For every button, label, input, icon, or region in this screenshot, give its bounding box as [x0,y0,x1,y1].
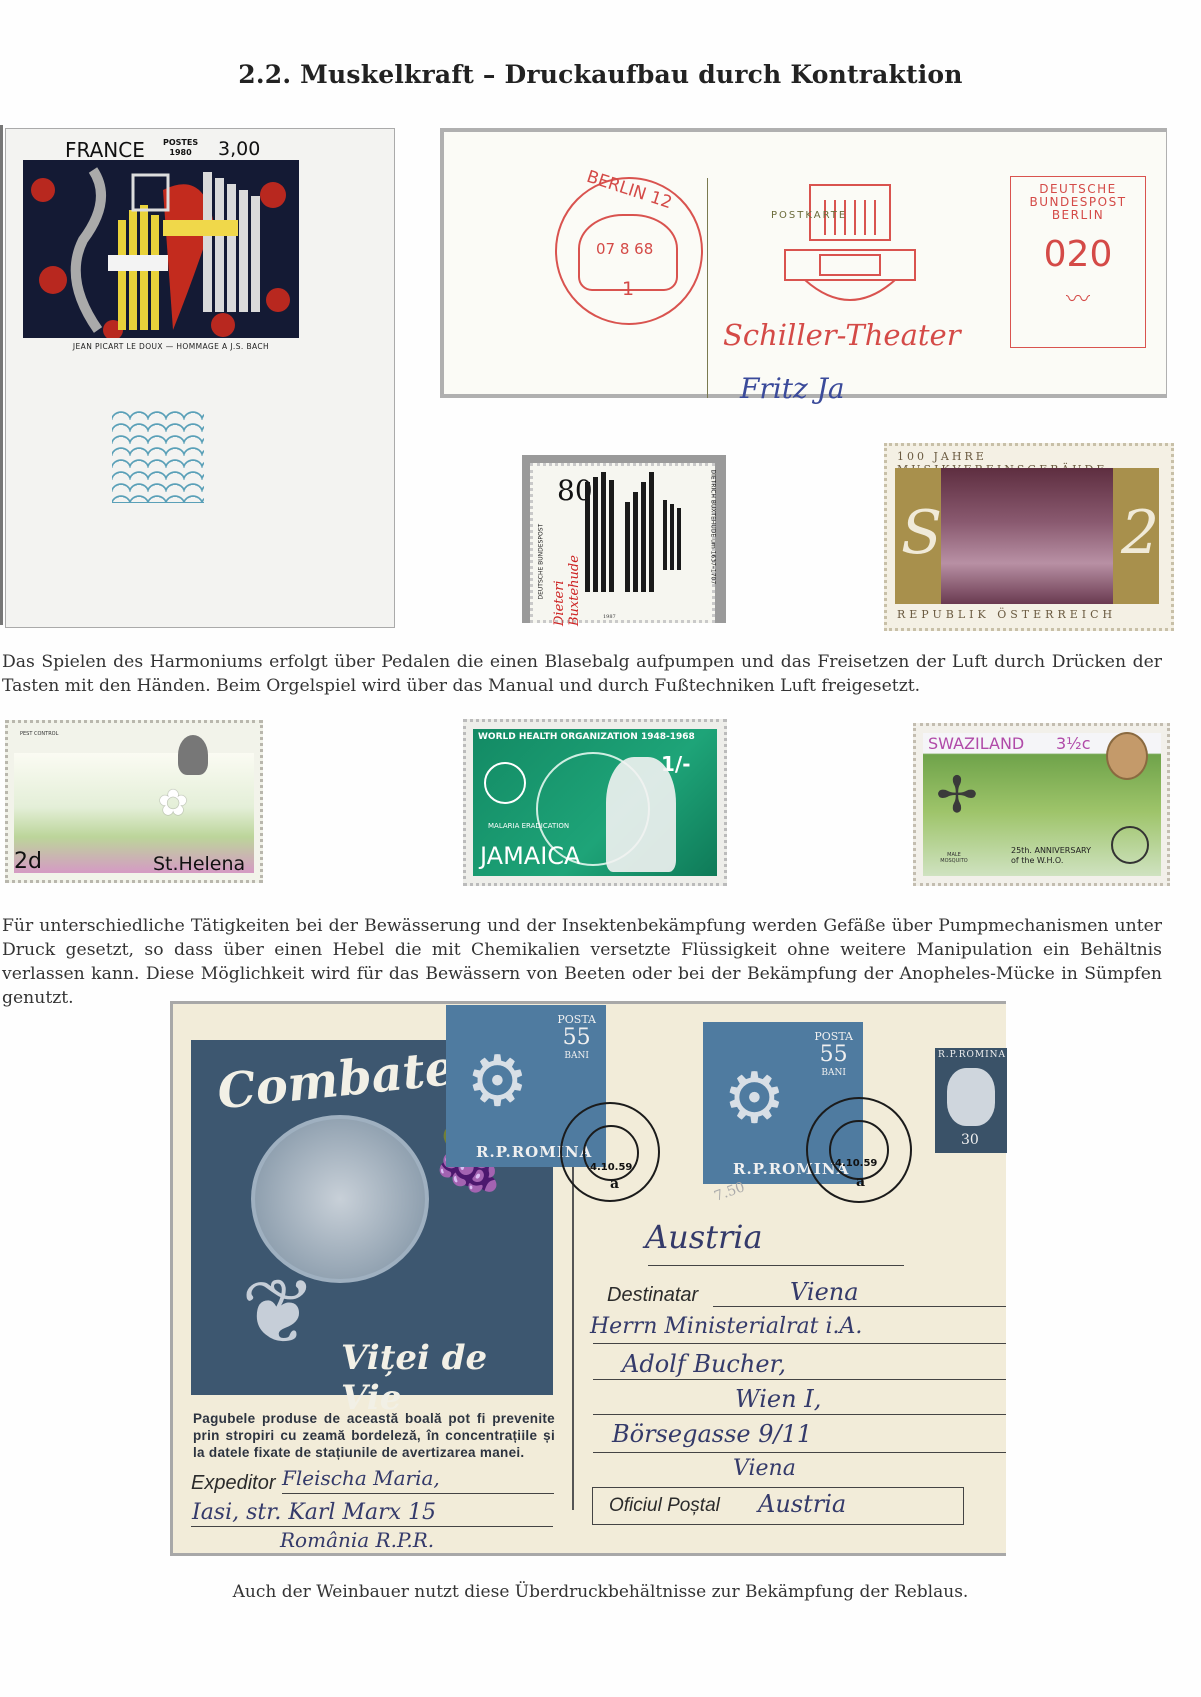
stamp-top-text: WORLD HEALTH ORGANIZATION 1948-1968 [478,732,695,742]
posthorn-icon: 〰 [1011,279,1145,314]
bach-tapestry-artwork [23,160,299,338]
tractor-icon: ⚙ [723,1057,786,1139]
scan-edge [0,125,3,625]
postkarte-label: POSTKARTE [771,210,847,221]
address-line [713,1306,1006,1307]
sprayer-man-image [606,757,676,872]
expeditor-line [282,1493,554,1494]
stamp-caption: JEAN PICART LE DOUX — HOMMAGE A J.S. BAC… [20,342,322,351]
postcard-divider [707,178,708,398]
stamp-value: 2 [1121,498,1159,568]
who-emblem-icon [484,762,526,804]
france-stamp: FRANCE POSTES1980 3,00 JEAN PICART LE DO… [20,128,322,350]
address-line [648,1265,904,1266]
stamp-side-text: DIETRICH BUXTEHUDE um 1637–1707 [710,470,717,610]
stamp-postes: POSTES1980 [163,138,198,158]
address-line [593,1343,1006,1344]
austria-stamp: 100 JAHRE MUSIKVEREINSGEBÄUDE S 2 REPUBL… [884,443,1174,631]
meter-frank: DEUTSCHEBUNDESPOSTBERLIN 020 〰 [1010,176,1146,348]
address-district: Wien I, [735,1385,821,1413]
jamaica-stamp: WORLD HEALTH ORGANIZATION 1948-1968 1/- … [463,719,727,886]
meter-slogan: Schiller-Theater [723,318,961,352]
expeditor-line [191,1526,553,1527]
address-city: Viena [790,1278,859,1306]
address-line [593,1414,1006,1415]
organ-hall-image [941,468,1113,604]
destination-country: Austria [645,1218,763,1256]
vineyard-sprayer-image [251,1115,429,1283]
address-recipient-title: Herrn Ministerialrat i.A. [590,1314,862,1339]
imprinted-stamp-arms: R.P.ROMINA 30 [935,1048,1007,1153]
fish-scale-pattern-margin [112,410,204,503]
handwriting-fragment: Fritz Ja [740,372,845,405]
card-divider [572,1158,574,1510]
address-line [593,1452,1006,1453]
paragraph-irrigation: Für unterschiedliche Tätigkeiten bei der… [2,914,1162,1010]
postmark-number: 1 [622,278,634,300]
expeditor-country: România R.P.R. [280,1528,434,1552]
stamp-country: JAMAICA [480,842,580,870]
schiller-theater-emblem-icon [775,180,925,315]
queen-profile-icon [178,735,208,775]
expeditor-label: Expeditor [191,1472,276,1495]
stamp-country: St.Helena [153,853,245,875]
stamp-bottom-text: REPUBLIK ÖSTERREICH [897,608,1116,621]
stamp-issuer: DEUTSCHE BUNDESPOST [538,480,545,600]
expeditor-name: Fleischa Maria, [282,1466,440,1490]
printed-notice: Pagubele produse de această boală pot fi… [193,1410,555,1461]
swaziland-stamp: SWAZILAND 3½c ✢ MALE MOSQUITO 25th. ANNI… [913,723,1170,886]
address-city-2: Viena [733,1456,796,1481]
stamp-value: 3½c [1056,734,1090,753]
anniversary-text: 25th. ANNIVERSARYof the W.H.O. [1011,846,1091,866]
address-street: Börsegasse 9/11 [612,1420,812,1448]
sthelena-stamp: PEST CONTROL ✿ 2d St.Helena [5,720,263,883]
who-emblem-icon [1111,826,1149,864]
bottom-caption: Auch der Weinbauer nutzt diese Überdruck… [0,1582,1201,1602]
tractor-icon: ⚙ [466,1040,529,1122]
organ-pipes-icon [581,472,691,602]
destinatar-label: Destinatar [607,1284,698,1307]
headline-vitei-de-vie: Viței de Vie [341,1338,553,1418]
schilling-symbol: S [901,498,942,568]
address-recipient-name: Adolf Bucher, [622,1350,786,1378]
page-title: 2.2. Muskelkraft – Druckaufbau durch Kon… [0,60,1201,89]
stamp-value: 2d [14,849,42,874]
stamp-value: 3,00 [218,138,260,160]
stamp-country: FRANCE [65,138,145,162]
address-line [593,1379,1006,1380]
oficiul-postal-box: Oficiul Poștal Austria [592,1487,964,1525]
coat-of-arms-icon [947,1068,995,1126]
expeditor-address: Iasi, str. Karl Marx 15 [192,1500,436,1525]
stamp-signature: Dieteri Buxtehude [552,506,582,626]
king-portrait-icon [1106,732,1148,780]
cancellation-inner [829,1120,889,1180]
meter-value: 020 [1011,234,1145,275]
paragraph-harmonium: Das Spielen des Harmoniums erfolgt über … [2,650,1162,698]
postmark-date: 07 8 68 [596,240,653,258]
vine-leaf-icon: ❦ [241,1260,316,1365]
mosquito-icon: ✢ [936,766,978,824]
buxtehude-stamp: 80 DEUTSCHE BUNDESPOST DIETRICH BUXTEHUD… [522,455,726,623]
stamp-country: SWAZILAND [928,734,1024,753]
daisy-icon: ✿ [158,783,188,824]
